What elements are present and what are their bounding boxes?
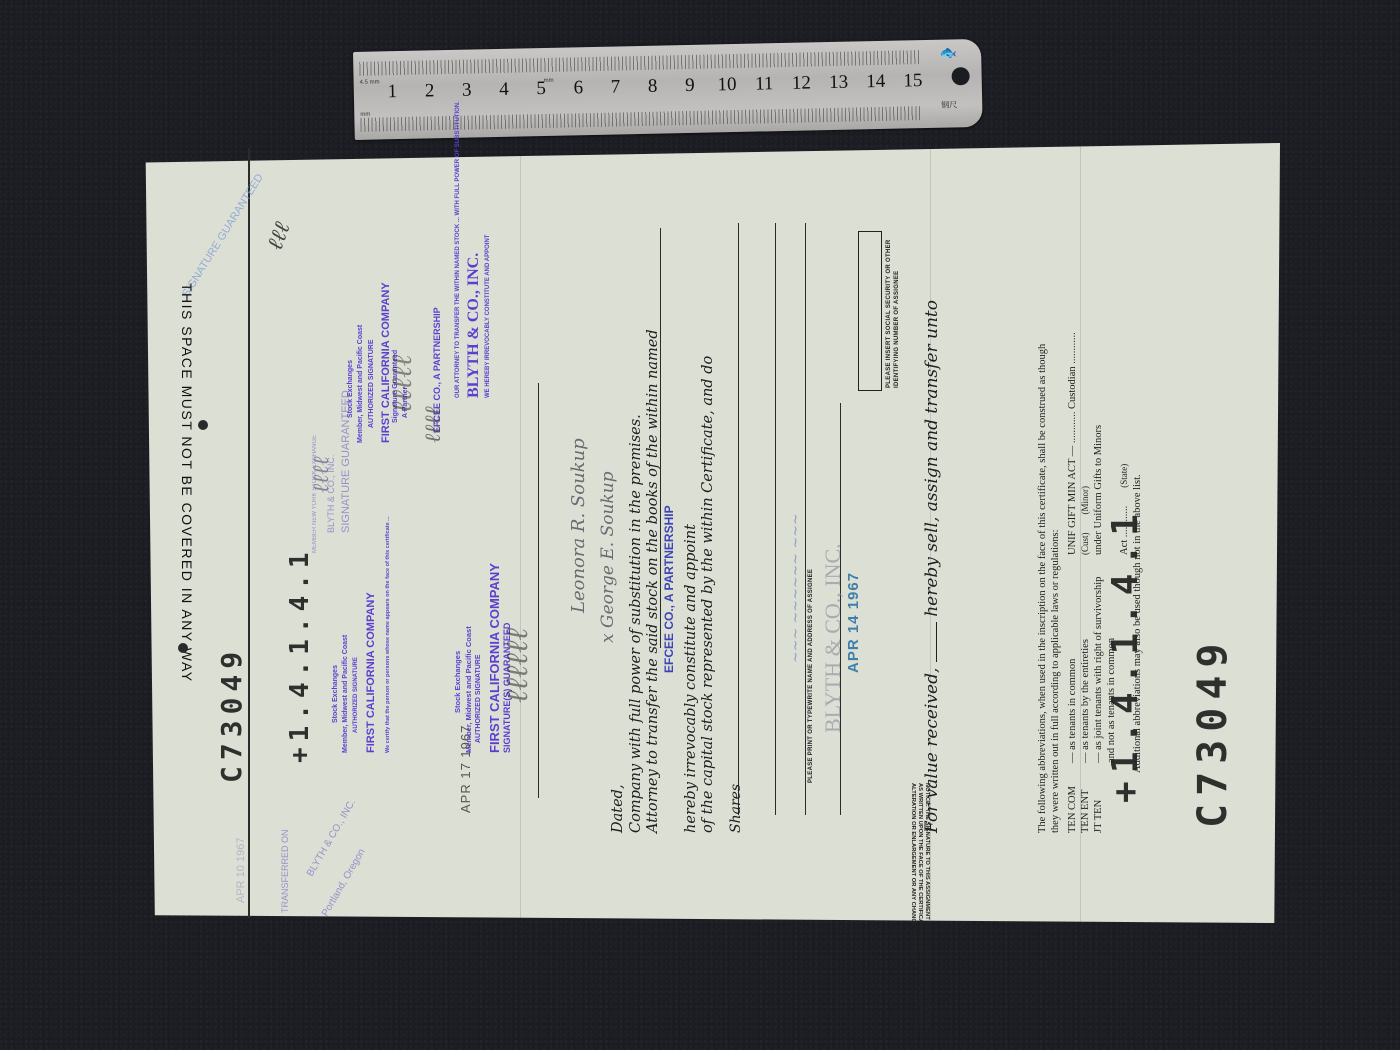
ruler-number: 7: [597, 76, 635, 99]
attorney-stamp: EFCEE CO., A PARTNERSHIP: [662, 505, 676, 673]
abbr-key: JT TEN: [1092, 781, 1118, 833]
blyth-guarantee-member: MEMBER NEW YORK STOCK EXCHANGE: [312, 435, 318, 553]
abbr-value: — as tenants by the entireties: [1079, 573, 1092, 763]
space-notice: THIS SPACE MUST NOT BE COVERED IN ANY WA…: [179, 283, 195, 683]
ugma-line: under Uniform Gifts to Minors: [1092, 425, 1118, 555]
partner-signature: ℓℓℓℓ: [420, 406, 446, 443]
abbr-key: TEN ENT: [1079, 781, 1092, 833]
ruler-number: 13: [820, 71, 858, 94]
ruler-number: 5: [522, 78, 560, 101]
unif-gift-line: UNIF GIFT MIN ACT — ............ Custodi…: [1066, 332, 1079, 555]
exchange-3: Stock Exchanges: [332, 665, 339, 723]
abbr-additional: Additional abbreviations may also be use…: [1131, 273, 1144, 833]
abbr-value: — as joint tenants with right of survivo…: [1092, 573, 1118, 763]
irrevocably-text: hereby irrevocably constitute and appoin…: [683, 524, 699, 833]
abbr-intro-1: The following abbreviations, when used i…: [1036, 273, 1049, 833]
ruler-ticks-bottom: [360, 106, 920, 132]
date-stamp: APR 14 1967: [845, 572, 862, 673]
for-value-received: For value received, hereby sell, assign …: [922, 300, 942, 833]
assignee-line: [738, 223, 739, 815]
assignee-line: [775, 223, 776, 815]
stock-certificate-back: C73049 +1.4.1.4.1 The following abbrevia…: [140, 143, 1280, 923]
guarantee-exchange: Stock Exchanges: [453, 651, 462, 713]
notice-line: AS WRITTEN UPON THE FACE OF THE CERTIFIC…: [916, 783, 923, 1029]
ruler-number: 8: [634, 75, 672, 98]
certify-text: We certify that the person or persons wh…: [385, 516, 391, 753]
dated-label: Dated,: [610, 784, 626, 833]
assignee-line: [805, 223, 806, 815]
ruler-number: 3: [448, 79, 486, 102]
ruler-number: 6: [560, 77, 598, 100]
company-text: Company with full power of substitution …: [628, 414, 644, 833]
blyth-text: OUR ATTORNEY TO TRANSFER THE WITHIN NAME…: [455, 101, 461, 398]
fold-line: [520, 143, 521, 923]
ruler-number: 2: [411, 80, 449, 103]
blyth-firm: BLYTH & CO., INC.: [465, 253, 483, 398]
guarantor-signature-2: ℓℓℓℓℓ: [385, 355, 419, 413]
abbr-value: — as tenants in common: [1066, 573, 1079, 763]
punch-hole: [198, 420, 208, 430]
assignee-stamp: BLYTH & CO., INC.: [820, 543, 846, 733]
transferred-on: TRANSFERRED ON: [280, 829, 290, 913]
sell-assign-text: hereby sell, assign and transfer unto: [922, 300, 942, 617]
notice-line: ALTERATION OR ENLARGEMENT OR ANY CHANGE …: [909, 783, 916, 1029]
perforated-code-bottom: +1.4.1.4.1: [285, 546, 315, 763]
ruler-number: 12: [783, 72, 821, 95]
attorney-text: Attorney to transfer the said stock on t…: [645, 329, 661, 833]
guarantor-signature: ℓℓℓℓℓℓ: [500, 628, 535, 703]
cust-label: (Cust): [1080, 533, 1090, 556]
assignee-address-handwriting: ~~~ ~~~~~~ ~~~: [788, 513, 804, 663]
blyth-guarantee: SIGNATURE GUARANTEED: [340, 390, 352, 533]
ruler-unit-bottom: mm: [360, 112, 370, 118]
perforated-number: C73049: [1190, 636, 1236, 829]
ssn-field[interactable]: [858, 231, 882, 391]
apr17-stamp: APR 17 1967: [458, 725, 473, 813]
ruler-number: 11: [745, 73, 783, 96]
ssn-label-2: IDENTIFYING NUMBER OF ASSIGNEE: [894, 271, 900, 388]
abbreviations-block: The following abbreviations, when used i…: [1036, 273, 1144, 833]
fish-logo-icon: 🐟: [925, 45, 971, 60]
ruler-number: 4: [485, 78, 523, 101]
notice-line: NOTICE: THE SIGNATURE TO THIS ASSIGNMENT…: [923, 783, 930, 1029]
apr-date-faint: APR 10 1967: [235, 838, 247, 903]
ruler-number: 9: [671, 75, 709, 98]
ruler-brand-text: 钢尺: [926, 99, 972, 111]
shares-label: Shares: [728, 784, 744, 833]
act-line: Act ............: [1118, 506, 1131, 555]
minor-label: (Minor): [1080, 486, 1090, 515]
abbr-key: TEN COM: [1066, 781, 1079, 833]
capital-stock-text: of the capital stock represented by the …: [700, 356, 716, 833]
abbr-intro-2: they were written out in full according …: [1049, 273, 1062, 833]
first-cal-3: FIRST CALIFORNIA COMPANY: [365, 592, 377, 753]
ruler-number: 14: [857, 71, 895, 94]
perforated-number-bottom: C73049: [215, 646, 248, 783]
assignee-label: PLEASE PRINT OR TYPEWRITE NAME AND ADDRE…: [808, 569, 814, 783]
owner-signature-2: Leonora R. Soukup: [568, 438, 589, 613]
margin-line: [248, 148, 250, 918]
ruler-number: 10: [708, 74, 746, 97]
blyth-intro: WE HEREBY IRREVOCABLY CONSTITUTE AND APP…: [485, 235, 491, 398]
guarantee-auth: AUTHORIZED SIGNATURE: [475, 654, 482, 743]
ruler-number: 1: [374, 81, 412, 104]
state-label: (State): [1118, 464, 1131, 488]
member-2: Member, Midwest and Pacific Coast: [357, 325, 364, 443]
notice-block: NOTICE: THE SIGNATURE TO THIS ASSIGNMENT…: [909, 783, 930, 1029]
ruler: 4.5 mm mm mm 1 2 3 4 5 6 7 8 9 10 11 12 …: [353, 39, 983, 140]
signature-line: [538, 383, 539, 798]
auth-sig-3: AUTHORIZED SIGNATURE: [353, 657, 359, 733]
blyth-signature: ℓℓℓℓ: [308, 456, 334, 493]
punch-hole: [178, 643, 188, 653]
member-3: Member, Midwest and Pacific Coast: [342, 635, 349, 753]
owner-signature-1: x George E. Soukup: [598, 471, 618, 643]
auth-sig-2: AUTHORIZED SIGNATURE: [368, 339, 375, 428]
ruler-numbers: 1 2 3 4 5 6 7 8 9 10 11 12 13 14 15: [374, 70, 932, 104]
ssn-label-1: PLEASE INSERT SOCIAL SECURITY OR OTHER: [886, 239, 892, 388]
